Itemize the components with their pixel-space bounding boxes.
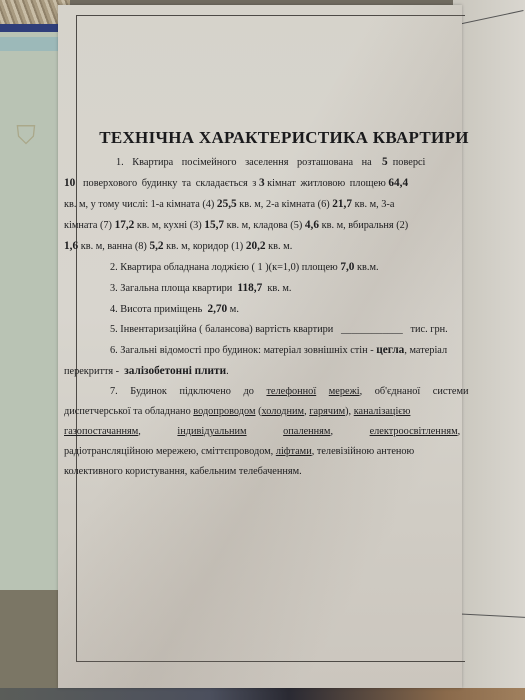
kitchen-area-value: 15,7 [204, 219, 224, 231]
background-table [0, 590, 60, 700]
document-body: ТЕХНІЧНА ХАРАКТЕРИСТИКА КВАРТИРИ 1. Квар… [64, 128, 514, 482]
trident-emblem-icon: ⛉ [12, 120, 40, 152]
floor-value: 5 [382, 156, 388, 168]
document-title: ТЕХНІЧНА ХАРАКТЕРИСТИКА КВАРТИРИ [94, 128, 474, 148]
item-6: 6. Загальні відомості про будинок: матер… [64, 340, 514, 382]
room3-area-value: 17,2 [115, 219, 135, 231]
item-4: 4. Висота приміщень 2,70 м. [64, 299, 514, 320]
corridor-area-value: 20,2 [246, 240, 266, 252]
storeys-value: 10 [64, 177, 75, 189]
wall-material-value: цегла [376, 344, 404, 356]
background-blue-cover [0, 24, 62, 32]
item-7: 7. Будинок підключено до телефонної мере… [64, 382, 514, 482]
room1-area-value: 25,5 [217, 198, 237, 210]
floor-material-value: залізобетонні плити [124, 365, 226, 377]
background-document-band [0, 37, 62, 51]
blank-value: ____________ [341, 324, 403, 335]
loggia-area-value: 7,0 [340, 261, 354, 273]
living-area-value: 64,4 [388, 177, 408, 189]
total-area-value: 118,7 [237, 282, 262, 294]
item-5: 5. Інвентаризаційна ( балансова) вартіст… [64, 320, 514, 340]
ceiling-height-value: 2,70 [207, 303, 227, 315]
item-3: 3. Загальна площа квартири 118,7 кв. м. [64, 278, 514, 299]
room2-area-value: 21,7 [332, 198, 352, 210]
item-1: 1. Квартира посімейного заселення розташ… [64, 152, 514, 257]
item-2: 2. Квартира обладнана лоджією ( 1 )(к=1,… [64, 257, 514, 278]
storage-area-value: 4,6 [305, 219, 319, 231]
background-floor [0, 688, 525, 700]
background-green-document: ⛉ [0, 32, 62, 592]
rooms-value: 3 [259, 177, 265, 189]
bath-area-value: 5,2 [149, 240, 163, 252]
toilet-area-value: 1,6 [64, 240, 78, 252]
